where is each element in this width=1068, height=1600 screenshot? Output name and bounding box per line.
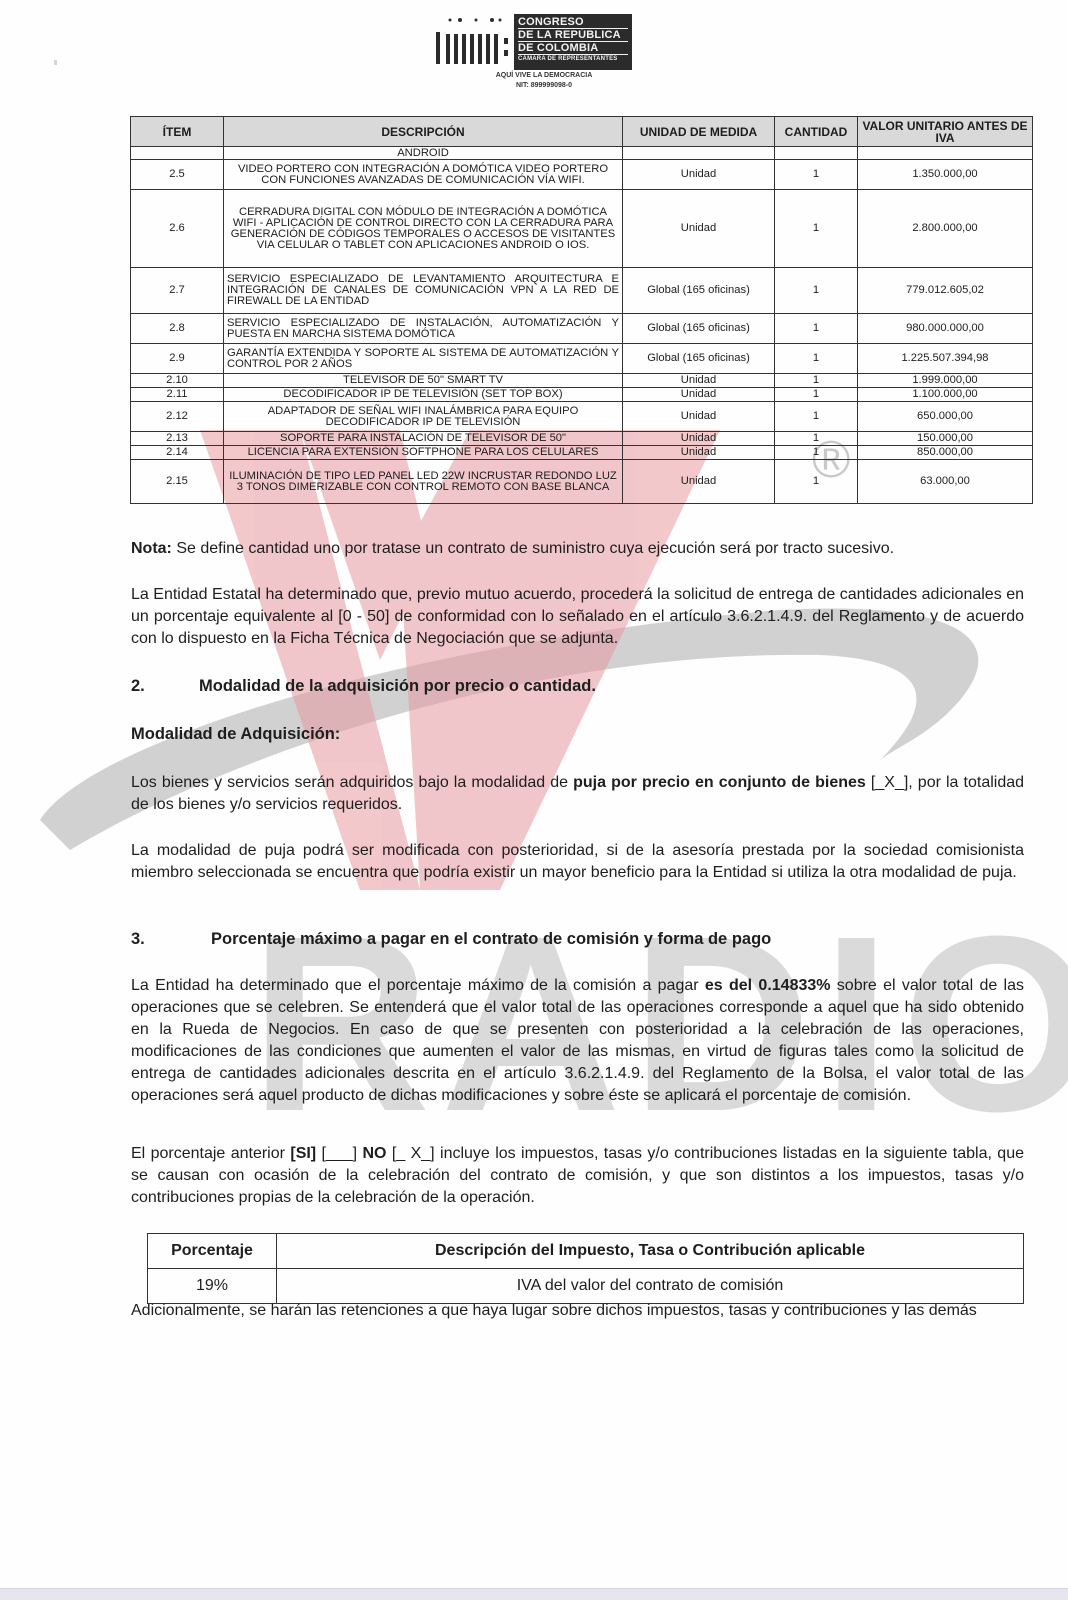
item-number: 2.8	[131, 314, 224, 344]
section-2-subheading: Modalidad de Adquisición:	[131, 725, 340, 744]
items-table: ÍTEM DESCRIPCIÓN UNIDAD DE MEDIDA CANTID…	[130, 116, 1033, 504]
item-unit: Unidad	[623, 388, 775, 402]
note: Nota: Se define cantidad uno por tratase…	[131, 538, 1024, 560]
item-unit: Unidad	[623, 190, 775, 268]
congress-logo: CONGRESO DE LA REPÚBLICA DE COLOMBIA CÁM…	[436, 14, 632, 90]
item-quantity: 1	[775, 314, 858, 344]
section-2-paragraph-1: Los bienes y servicios serán adquiridos …	[131, 772, 1024, 816]
item-description: TELEVISOR DE 50" SMART TV	[224, 374, 623, 388]
header-description: DESCRIPCIÓN	[224, 117, 623, 147]
table-row: 2.6CERRADURA DIGITAL CON MÓDULO DE INTEG…	[131, 190, 1033, 268]
section-3-paragraph-2: El porcentaje anterior [SI] [___] NO [_ …	[131, 1143, 1024, 1209]
item-quantity: 1	[775, 268, 858, 314]
table-row: 2.5VIDEO PORTERO CON INTEGRACIÓN A DOMÓT…	[131, 160, 1033, 190]
item-number: 2.12	[131, 402, 224, 432]
item-number: 2.11	[131, 388, 224, 402]
item-unit-value: 150.000,00	[858, 432, 1033, 446]
tax-percentage: 19%	[148, 1269, 277, 1304]
item-quantity: 1	[775, 374, 858, 388]
tax-table-row: 19% IVA del valor del contrato de comisi…	[148, 1269, 1024, 1304]
table-row: 2.11DECODIFICADOR IP DE TELEVISIÓN (SET …	[131, 388, 1033, 402]
item-description: CERRADURA DIGITAL CON MÓDULO DE INTEGRAC…	[224, 190, 623, 268]
item-unit-value: 1.999.000,00	[858, 374, 1033, 388]
note-label: Nota:	[131, 540, 172, 557]
table-row: 2.10TELEVISOR DE 50" SMART TVUnidad11.99…	[131, 374, 1033, 388]
item-unit: Global (165 oficinas)	[623, 268, 775, 314]
tax-table: Porcentaje Descripción del Impuesto, Tas…	[147, 1233, 1024, 1304]
header-unit-value: VALOR UNITARIO ANTES DE IVA	[858, 117, 1033, 147]
section-2-paragraph-2: La modalidad de puja podrá ser modificad…	[131, 840, 1024, 884]
item-unit: Unidad	[623, 402, 775, 432]
continuation-text: ANDROID	[224, 147, 623, 160]
header-quantity: CANTIDAD	[775, 117, 858, 147]
item-number: 2.7	[131, 268, 224, 314]
item-quantity: 1	[775, 388, 858, 402]
items-table-header: ÍTEM DESCRIPCIÓN UNIDAD DE MEDIDA CANTID…	[131, 117, 1033, 147]
item-description: SOPORTE PARA INSTALACIÓN DE TELEVISOR DE…	[224, 432, 623, 446]
item-number: 2.6	[131, 190, 224, 268]
tax-description: IVA del valor del contrato de comisión	[277, 1269, 1024, 1304]
item-number: 2.15	[131, 460, 224, 504]
commission-percentage: es del 0.14833%	[705, 977, 831, 994]
section-3-paragraph-3: Adicionalmente, se harán las retenciones…	[131, 1300, 1024, 1322]
tax-header-description: Descripción del Impuesto, Tasa o Contrib…	[277, 1234, 1024, 1269]
tax-header-percentage: Porcentaje	[148, 1234, 277, 1269]
item-quantity: 1	[775, 460, 858, 504]
item-unit-value: 63.000,00	[858, 460, 1033, 504]
viewer-bottom-bar	[0, 1588, 1068, 1600]
table-row: 2.8SERVICIO ESPECIALIZADO DE INSTALACIÓN…	[131, 314, 1033, 344]
item-description: VIDEO PORTERO CON INTEGRACIÓN A DOMÓTICA…	[224, 160, 623, 190]
item-quantity: 1	[775, 190, 858, 268]
header-unit: UNIDAD DE MEDIDA	[623, 117, 775, 147]
item-quantity: 1	[775, 432, 858, 446]
logo-subtitle: CÁMARA DE REPRESENTANTES	[518, 55, 628, 64]
logo-line-1: CONGRESO	[518, 16, 628, 29]
item-unit: Unidad	[623, 460, 775, 504]
item-description: LICENCIA PARA EXTENSIÓN SOFTPHONE PARA L…	[224, 446, 623, 460]
item-unit-value: 1.350.000,00	[858, 160, 1033, 190]
item-unit: Global (165 oficinas)	[623, 314, 775, 344]
item-quantity: 1	[775, 344, 858, 374]
paragraph-additional-quantities: La Entidad Estatal ha determinado que, p…	[131, 584, 1024, 650]
item-unit-value: 2.800.000,00	[858, 190, 1033, 268]
section-3-title: Porcentaje máximo a pagar en el contrato…	[211, 930, 771, 949]
item-number: 2.9	[131, 344, 224, 374]
item-description: GARANTÍA EXTENDIDA Y SOPORTE AL SISTEMA …	[224, 344, 623, 374]
item-description: ADAPTADOR DE SEÑAL WIFI INALÁMBRICA PARA…	[224, 402, 623, 432]
section-2-title: Modalidad de la adquisición por precio o…	[199, 677, 596, 696]
item-unit-value: 850.000,00	[858, 446, 1033, 460]
item-unit-value: 1.225.507.394,98	[858, 344, 1033, 374]
table-row: 2.12ADAPTADOR DE SEÑAL WIFI INALÁMBRICA …	[131, 402, 1033, 432]
item-unit: Global (165 oficinas)	[623, 344, 775, 374]
tax-table-header: Porcentaje Descripción del Impuesto, Tas…	[148, 1234, 1024, 1269]
item-unit: Unidad	[623, 446, 775, 460]
header-item: ÍTEM	[131, 117, 224, 147]
table-row: 2.7SERVICIO ESPECIALIZADO DE LEVANTAMIEN…	[131, 268, 1033, 314]
auction-modality: puja por precio en conjunto de bienes	[573, 774, 866, 791]
item-quantity: 1	[775, 160, 858, 190]
item-description: ILUMINACIÓN DE TIPO LED PANEL LED 22W IN…	[224, 460, 623, 504]
capitol-columns-icon	[436, 14, 514, 70]
item-quantity: 1	[775, 446, 858, 460]
table-row: 2.14LICENCIA PARA EXTENSIÓN SOFTPHONE PA…	[131, 446, 1033, 460]
item-unit-value: 650.000,00	[858, 402, 1033, 432]
section-3-paragraph-1: La Entidad ha determinado que el porcent…	[131, 975, 1024, 1107]
item-unit-value: 779.012.605,02	[858, 268, 1033, 314]
item-unit: Unidad	[623, 374, 775, 388]
note-text: Se define cantidad uno por tratase un co…	[172, 540, 894, 557]
logo-tagline: AQUÍ VIVE LA DEMOCRACIA	[456, 72, 632, 80]
section-3-number: 3.	[131, 930, 145, 949]
item-description: SERVICIO ESPECIALIZADO DE LEVANTAMIENTO …	[224, 268, 623, 314]
item-number: 2.13	[131, 432, 224, 446]
logo-line-2: DE LA REPÚBLICA	[518, 29, 628, 42]
logo-line-3: DE COLOMBIA	[518, 42, 628, 55]
item-number: 2.5	[131, 160, 224, 190]
item-number: 2.10	[131, 374, 224, 388]
item-unit-value: 1.100.000,00	[858, 388, 1033, 402]
item-unit: Unidad	[623, 432, 775, 446]
continuation-row: ANDROID	[131, 147, 1033, 160]
section-2-number: 2.	[131, 677, 145, 696]
item-quantity: 1	[775, 402, 858, 432]
item-unit-value: 980.000.000,00	[858, 314, 1033, 344]
logo-text-box: CONGRESO DE LA REPÚBLICA DE COLOMBIA CÁM…	[514, 14, 632, 70]
item-description: DECODIFICADOR IP DE TELEVISIÓN (SET TOP …	[224, 388, 623, 402]
table-row: 2.13SOPORTE PARA INSTALACIÓN DE TELEVISO…	[131, 432, 1033, 446]
logo-nit: NIT: 899999098-0	[456, 82, 632, 90]
table-row: 2.15ILUMINACIÓN DE TIPO LED PANEL LED 22…	[131, 460, 1033, 504]
item-description: SERVICIO ESPECIALIZADO DE INSTALACIÓN, A…	[224, 314, 623, 344]
scan-speck	[54, 60, 57, 65]
item-number: 2.14	[131, 446, 224, 460]
item-unit: Unidad	[623, 160, 775, 190]
table-row: 2.9GARANTÍA EXTENDIDA Y SOPORTE AL SISTE…	[131, 344, 1033, 374]
